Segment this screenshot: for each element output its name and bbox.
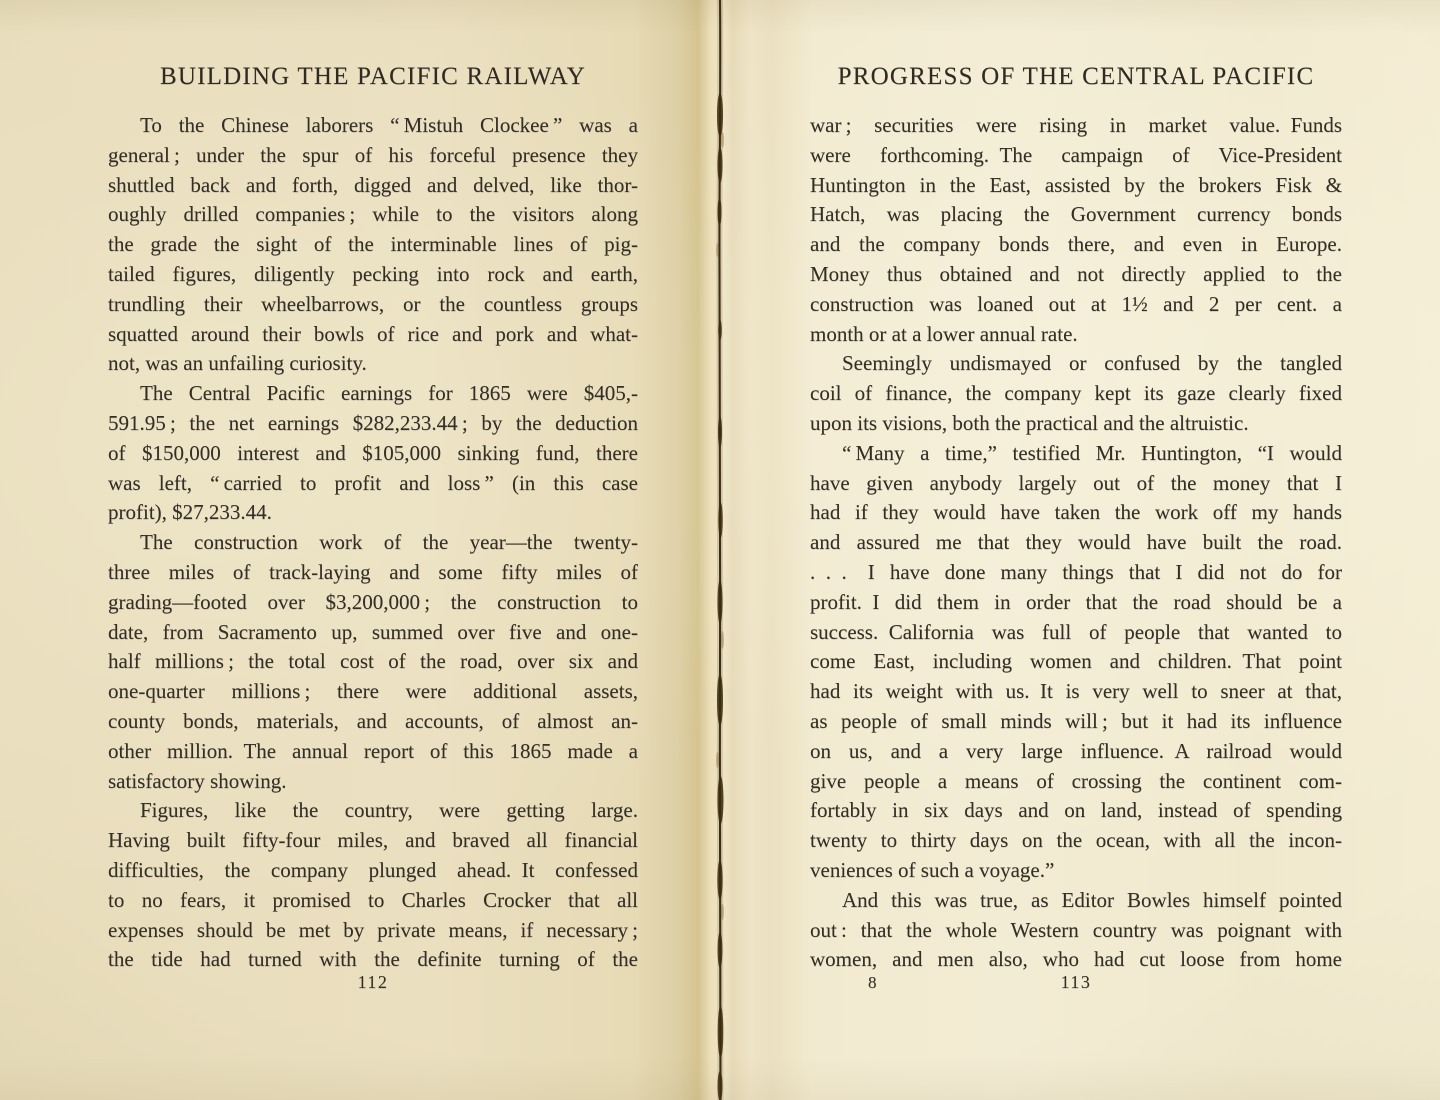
text-line: the grade the sight of the interminable … [108, 230, 638, 260]
text-line: . . . I have done many things that I did… [810, 558, 1342, 588]
text-line: Seemingly undismayed or confused by the … [810, 349, 1342, 379]
text-line: had if they would have taken the work of… [810, 498, 1342, 528]
text-line: half millions ; the total cost of the ro… [108, 647, 638, 677]
text-line: were forthcoming. The campaign of Vice-P… [810, 141, 1342, 171]
text-line: other million. The annual report of this… [108, 737, 638, 767]
text-line: Huntington in the East, assisted by the … [810, 171, 1342, 201]
left-page-number: 112 [108, 972, 638, 993]
text-line: success. California was full of people t… [810, 618, 1342, 648]
text-line: veniences of such a voyage.” [810, 856, 1342, 886]
text-line: tailed figures, diligently pecking into … [108, 260, 638, 290]
text-line: twenty to thirty days on the ocean, with… [810, 826, 1342, 856]
text-line: come East, including women and children.… [810, 647, 1342, 677]
text-line: as people of small minds will ; but it h… [810, 707, 1342, 737]
text-line: 591.95 ; the net earnings $282,233.44 ; … [108, 409, 638, 439]
text-line: general ; under the spur of his forceful… [108, 141, 638, 171]
text-line: was left, “ carried to profit and loss ”… [108, 469, 638, 499]
text-line: have given anybody largely out of the mo… [810, 469, 1342, 499]
right-page: PROGRESS OF THE CENTRAL PACIFIC war ; se… [718, 0, 1440, 1100]
text-line: and the company bonds there, and even in… [810, 230, 1342, 260]
right-page-text: war ; securities were rising in market v… [810, 111, 1342, 975]
right-page-number: 113 [810, 972, 1342, 993]
text-line: on us, and a very large influence. A rai… [810, 737, 1342, 767]
right-running-head: PROGRESS OF THE CENTRAL PACIFIC [810, 63, 1342, 91]
text-line: one-quarter millions ; there were additi… [108, 677, 638, 707]
text-line: expenses should be met by private means,… [108, 916, 638, 946]
text-line: to no fears, it promised to Charles Croc… [108, 886, 638, 916]
text-line: Figures, like the country, were getting … [108, 796, 638, 826]
text-line: of $150,000 interest and $105,000 sinkin… [108, 439, 638, 469]
text-line: To the Chinese laborers “ Mistuh Clockee… [108, 111, 638, 141]
text-line: construction was loaned out at 1½ and 2 … [810, 290, 1342, 320]
text-line: grading—footed over $3,200,000 ; the con… [108, 588, 638, 618]
book-spread: BUILDING THE PACIFIC RAILWAY To the Chin… [0, 0, 1440, 1100]
text-line: and assured me that they would have buil… [810, 528, 1342, 558]
text-line: Hatch, was placing the Government curren… [810, 200, 1342, 230]
text-line: profit. I did them in order that the roa… [810, 588, 1342, 618]
text-line: The construction work of the year—the tw… [108, 528, 638, 558]
text-line: the tide had turned with the definite tu… [108, 945, 638, 975]
text-line: fortably in six days and on land, instea… [810, 796, 1342, 826]
left-page: BUILDING THE PACIFIC RAILWAY To the Chin… [0, 0, 718, 1100]
text-line: profit), $27,233.44. [108, 498, 638, 528]
text-line: Having built fifty-four miles, and brave… [108, 826, 638, 856]
text-line: “ Many a time,” testified Mr. Huntington… [810, 439, 1342, 469]
text-line: three miles of track-laying and some fif… [108, 558, 638, 588]
text-line: not, was an unfailing curiosity. [108, 349, 638, 379]
left-running-head: BUILDING THE PACIFIC RAILWAY [108, 63, 638, 91]
text-line: give people a means of crossing the cont… [810, 767, 1342, 797]
text-line: shuttled back and forth, digged and delv… [108, 171, 638, 201]
text-line: month or at a lower annual rate. [810, 320, 1342, 350]
text-line: And this was true, as Editor Bowles hims… [810, 886, 1342, 916]
text-line: oughly drilled companies ; while to the … [108, 200, 638, 230]
text-line: squatted around their bowls of rice and … [108, 320, 638, 350]
text-line: out : that the whole Western country was… [810, 916, 1342, 946]
text-line: satisfactory showing. [108, 767, 638, 797]
text-line: The Central Pacific earnings for 1865 we… [108, 379, 638, 409]
text-line: war ; securities were rising in market v… [810, 111, 1342, 141]
text-line: Money thus obtained and not directly app… [810, 260, 1342, 290]
text-line: trundling their wheelbarrows, or the cou… [108, 290, 638, 320]
text-line: upon its visions, both the practical and… [810, 409, 1342, 439]
left-page-text: To the Chinese laborers “ Mistuh Clockee… [108, 111, 638, 975]
text-line: coil of finance, the company kept its ga… [810, 379, 1342, 409]
text-line: date, from Sacramento up, summed over fi… [108, 618, 638, 648]
text-line: women, and men also, who had cut loose f… [810, 945, 1342, 975]
text-line: difficulties, the company plunged ahead.… [108, 856, 638, 886]
text-line: had its weight with us. It is very well … [810, 677, 1342, 707]
text-line: county bonds, materials, and accounts, o… [108, 707, 638, 737]
